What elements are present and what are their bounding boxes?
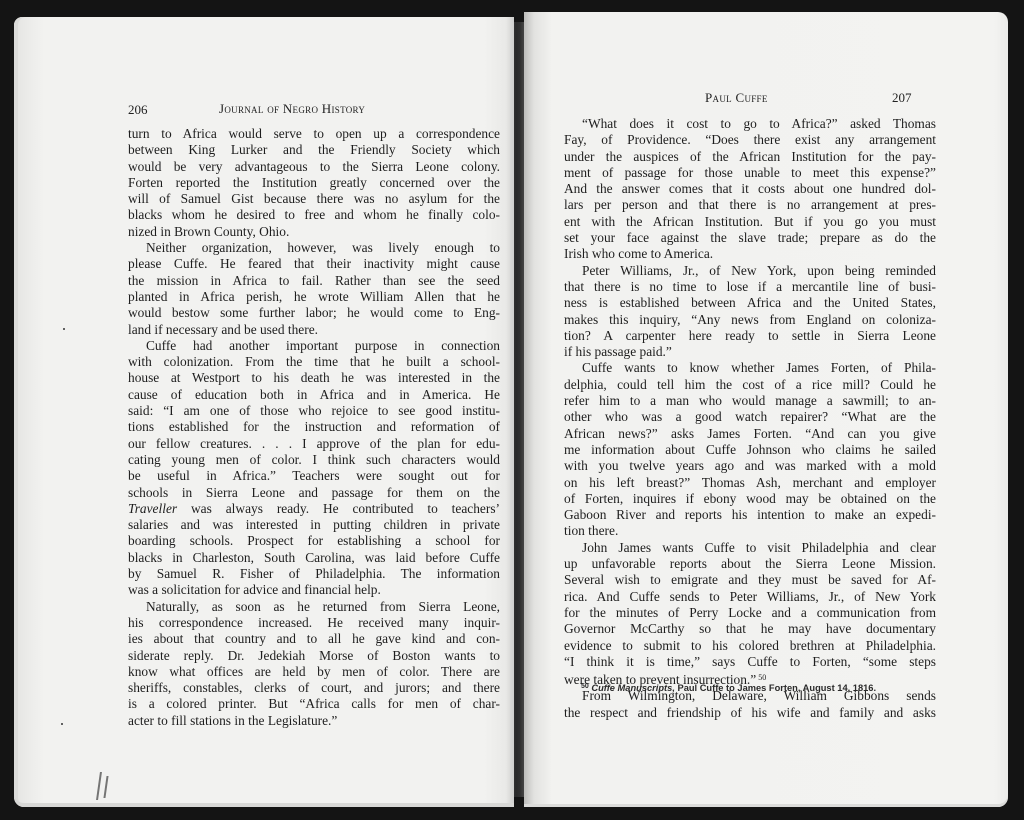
text-line: blacks whom he desired to free and whom … [128,207,500,223]
text-line: would bestow some further labor; he woul… [128,305,500,321]
text-line: rica. And Cuffe sends to Peter Williams,… [564,589,936,605]
text-line: was a solicitation for advice and financ… [128,582,500,598]
pencil-mark [96,772,110,802]
speck [63,328,65,330]
text-line: tions established for the instruction an… [128,419,500,435]
text-line: our fellow creatures. . . . I approve of… [128,436,500,452]
text-line: up unfavorable reports about the Sierra … [564,556,936,572]
text-line: Traveller was always ready. He contribut… [128,501,500,517]
text-line: John James wants Cuffe to visit Philadel… [564,540,936,556]
text-line: Gaboon River and reports his intention t… [564,507,936,523]
text-line: schools in Sierra Leone and passage for … [128,485,500,501]
text-line: ment of passage for those unable to meet… [564,165,936,181]
text-line: Several wish to emigrate and they must b… [564,572,936,588]
text-line: other who was a good watch repairer? “Wh… [564,409,936,425]
text-line: Cuffe had another important purpose in c… [128,338,500,354]
text-line: the mission in Africa to fail. Rather th… [128,273,500,289]
text-line: delphia, could tell him the cost of a ri… [564,377,936,393]
text-line: please Cuffe. He feared that their inact… [128,256,500,272]
text-line: refer him to a man who would manage a sa… [564,393,936,409]
footnote-number: 50 [581,683,589,690]
text-line: under the auspices of the African Instit… [564,149,936,165]
text-line: ness is established between Africa and t… [564,295,936,311]
text-line: blacks in Charleston, South Carolina, wa… [128,550,500,566]
text-line: Peter Williams, Jr., of New York, upon b… [564,263,936,279]
text-line: if his passage paid.” [564,344,936,360]
text-line: know what offices are held by men of col… [128,664,500,680]
text-line: said: “I am one of those who rejoice to … [128,403,500,419]
running-head: Journal of Negro History [219,101,365,117]
text-line: with you twelve years ago and was marked… [564,458,936,474]
text-line: boarding schools. Prospect for establish… [128,533,500,549]
text-line: “What does it cost to go to Africa?” ask… [564,116,936,132]
text-line: ies about that country and to all he gav… [128,631,500,647]
text-line: cause of education both in Africa and in… [128,387,500,403]
text-line: makes this inquiry, “Any news from Engla… [564,312,936,328]
text-line: nized in Brown County, Ohio. [128,224,500,240]
text-line: will of Samuel Gist because there was no… [128,191,500,207]
page-number: 206 [128,102,148,118]
text-line: planted in Africa perish, he wrote Willi… [128,289,500,305]
text-line: Cuffe wants to know whether James Forten… [564,360,936,376]
body-text: turn to Africa would serve to open up a … [128,126,500,729]
text-line: Governor McCarthy so that he may have do… [564,621,936,637]
footnote: 50 Cuffe Manuscripts, Paul Cuffe to Jame… [581,683,876,693]
text-line: salaries and was interested in putting c… [128,517,500,533]
footnote-reference: 50 [756,673,766,682]
speck [61,723,63,725]
text-line: African news?” asks James Forten. “And c… [564,426,936,442]
text-line: set your face against the slave trade; p… [564,230,936,246]
text-line: be useful in Africa.” Teachers were soug… [128,468,500,484]
text-line: with colonization. From the time that he… [128,354,500,370]
text-line: would be very advantageous to the Sierra… [128,159,500,175]
text-line: tion? A carpenter here ready to settle i… [564,328,936,344]
text-line: for the minutes of Perry Locke and a com… [564,605,936,621]
text-line: house at Westport to his death he was in… [128,370,500,386]
text-line: acter to fill stations in the Legislatur… [128,713,500,729]
text-line: tion there. [564,523,936,539]
text-line: of Forten, inquires if ebony wood may be… [564,491,936,507]
text-line: by Samuel R. Fisher of Philadelphia. The… [128,566,500,582]
text-line: that there is no time to lose if a merca… [564,279,936,295]
footnote-text: Paul Cuffe to James Forten, August 14, 1… [675,683,876,693]
text-line: his correspondence increased. He receive… [128,615,500,631]
text-line: me information about Cuffe Johnson who c… [564,442,936,458]
left-page: 206 Journal of Negro History turn to Afr… [14,17,514,807]
text-line: Irish who come to America. [564,246,936,262]
body-text: “What does it cost to go to Africa?” ask… [564,116,936,721]
text-line: evidence to submit to his colored brethr… [564,638,936,654]
text-line: Forten reported the Institution greatly … [128,175,500,191]
running-head: Paul Cuffe [705,90,768,106]
text-line: is a colored printer. But “Africa calls … [128,696,500,712]
text-line: land if necessary and be used there. [128,322,500,338]
text-line: Neither organization, however, was livel… [128,240,500,256]
text-line: between King Lurker and the Friendly Soc… [128,142,500,158]
page-number: 207 [892,90,912,106]
text-line: ent with the African Institution. But if… [564,214,936,230]
text-line: And the answer comes that it costs about… [564,181,936,197]
text-line: lars per person and that there is no arr… [564,197,936,213]
footnote-source: Cuffe Manuscripts, [591,683,675,693]
text-line: Fay, of Providence. “Does there exist an… [564,132,936,148]
text-line: the respect and friendship of his wife a… [564,705,936,721]
text-line: “I think it is time,” says Cuffe to Fort… [564,654,936,670]
text-line: Naturally, as soon as he returned from S… [128,599,500,615]
text-line: siderate reply. Dr. Jedekiah Morse of Bo… [128,648,500,664]
text-line: on his left breast?” Thomas Ash, merchan… [564,475,936,491]
right-page: Paul Cuffe 207 “What does it cost to go … [524,12,1008,807]
text-line: sheriffs, constables, clerks of court, a… [128,680,500,696]
text-line: turn to Africa would serve to open up a … [128,126,500,142]
text-line: cating young men of color. I think such … [128,452,500,468]
